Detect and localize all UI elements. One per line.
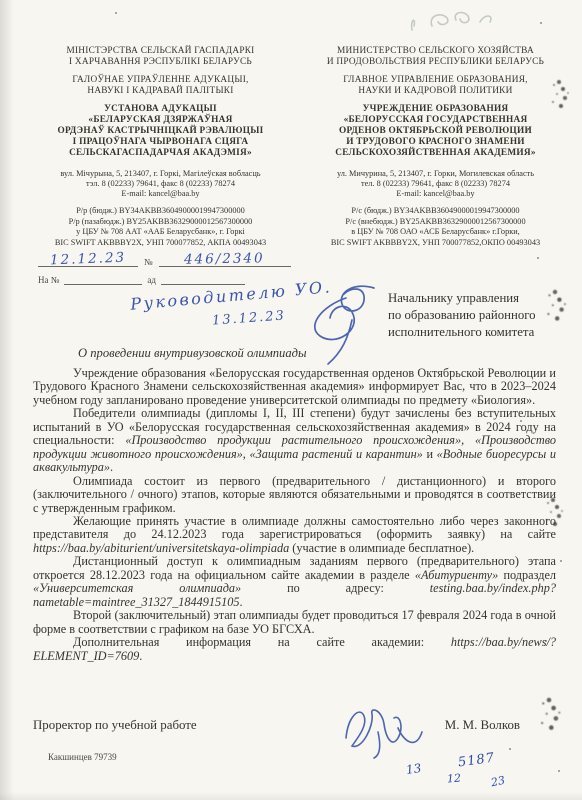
official-signature-icon xyxy=(338,698,428,760)
text-line: BIC SWIFT AKBBBY2X, УНП 700077852, АКПА … xyxy=(30,238,291,249)
text-line: ОРДЭНАЎ КАСТРЫЧНІЦКАЙ РЭВАЛЮЦЫІ xyxy=(30,126,291,137)
text-line: E-mail: kancel@baa.by xyxy=(305,189,566,199)
text-line: І ХАРЧАВАННЯ РЭСПУБЛІКІ БЕЛАРУСЬ xyxy=(30,57,291,68)
letter-body: Учреждение образования «Белорусская госу… xyxy=(33,367,556,663)
text-line: исполнительного комитета xyxy=(388,324,560,341)
scan-smudge xyxy=(553,290,557,294)
resolution-signature-icon xyxy=(302,280,398,368)
text-line: УЧРЕЖДЕНИЕ ОБРАЗОВАНИЯ xyxy=(305,104,566,115)
dust-speck xyxy=(527,128,529,130)
department-name: ГЛАВНОЕ УПРАВЛЕНИЕ ОБРАЗОВАНИЯ,НАУКИ И К… xyxy=(305,75,566,97)
body-paragraph: Дистанционный доступ к олимпиадным задан… xyxy=(33,555,556,609)
letterhead: МІНІСТЭРСТВА СЕЛЬСКАЙ ГАСПАДАРКІІ ХАРЧАВ… xyxy=(30,46,566,255)
text-line: тэл. 8 (02233) 79641, факс 8 (02233) 782… xyxy=(30,179,291,189)
institution-name: УЧРЕЖДЕНИЕ ОБРАЗОВАНИЯ«БЕЛОРУССКАЯ ГОСУД… xyxy=(305,104,566,159)
text-line: УСТАНОВА АДУКАЦЫІ xyxy=(30,104,291,115)
italic-text-run: «Университетская олимпиада» xyxy=(33,581,241,595)
handwritten-registration-number: 5187 xyxy=(457,750,496,770)
text-line: E-mail: kancel@baa.by xyxy=(30,189,291,199)
address-block: ул. Мичурина, 5, 213407, г. Горки, Могил… xyxy=(305,169,566,199)
text-line: Р/р (бюдж.) BY34AKBB36049000019947300000 xyxy=(30,206,291,217)
bank-details: Р/с (бюдж.) BY34AKBB36049000019947300000… xyxy=(305,206,566,248)
handwritten-outgoing-number: 446/2340 xyxy=(184,250,265,267)
italic-text-run: «Абитуриенту» xyxy=(415,568,498,582)
text-line: СЕЛЬСКОХОЗЯЙСТВЕННАЯ АКАДЕМИЯ» xyxy=(305,148,566,159)
text-line: по образованию районного xyxy=(388,307,560,324)
text-run: (участие в олимпиаде бесплатное). xyxy=(289,541,474,555)
institution-name: УСТАНОВА АДУКАЦЫІ«БЕЛАРУСКАЯ ДЗЯРЖАЎНАЯО… xyxy=(30,104,291,159)
handwritten-registration-number: 12 xyxy=(447,772,462,786)
text-run: . xyxy=(139,649,142,663)
scan-bottom-shadow xyxy=(0,792,582,800)
text-line: «БЕЛОРУССКАЯ ГОСУДАРСТВЕННАЯ xyxy=(305,115,566,126)
text-run: Желающие принять участие в олимпиаде дол… xyxy=(33,514,556,541)
dust-speck xyxy=(115,12,117,14)
text-run: Второй (заключительный) этап олимпиады б… xyxy=(33,608,556,635)
scanned-letter-page: МІНІСТЭРСТВА СЕЛЬСКАЙ ГАСПАДАРКІІ ХАРЧАВ… xyxy=(0,0,582,800)
subject-line: О проведении внутривузовской олимпиады xyxy=(78,346,307,361)
dust-speck xyxy=(520,420,522,422)
handwritten-registration-number: 23 xyxy=(490,774,506,790)
text-run: по адресу: xyxy=(241,581,430,595)
dust-speck xyxy=(537,257,539,259)
dust-speck xyxy=(509,748,511,750)
text-line: «БЕЛАРУСКАЯ ДЗЯРЖАЎНАЯ xyxy=(30,115,291,126)
ministry-name: МІНІСТЭРСТВА СЕЛЬСКАЙ ГАСПАДАРКІІ ХАРЧАВ… xyxy=(30,46,291,68)
handwritten-registration-number: 13 xyxy=(405,761,422,777)
text-line: вул. Мічурына, 5, 213407, г. Горкі, Магі… xyxy=(30,169,291,179)
resolution-and-recipient-zone: Руководителю УО. 13.12.23 Начальнику упр… xyxy=(0,284,582,348)
text-run: подраздел xyxy=(498,568,556,582)
signer-position: Проректор по учебной работе xyxy=(33,718,197,733)
text-line: И ТРУДОВОГО КРАСНОГО ЗНАМЕНИ xyxy=(305,137,566,148)
text-line: МІНІСТЭРСТВА СЕЛЬСКАЙ ГАСПАДАРКІ xyxy=(30,46,291,57)
department-name: ГАЛОЎНАЕ УПРАЎЛЕННЕ АДУКАЦЫІ,НАВУКІ І КА… xyxy=(30,75,291,97)
text-line: Р/с (внебюдж.) BY25AKBB36329000012567300… xyxy=(305,217,566,228)
signoff-row: Проректор по учебной работе М. М. Волков xyxy=(33,718,520,733)
text-line: И ПРОДОВОЛЬСТВИЯ РЕСПУБЛИКИ БЕЛАРУСЬ xyxy=(305,57,566,68)
text-line: у ЦБУ № 708 ААТ «ААБ Беларусбанк», г. Го… xyxy=(30,227,291,238)
text-line: BIC SWIFT AKBBBY2X, УНП 700077852,ОКПО 0… xyxy=(305,238,566,249)
dust-speck xyxy=(545,640,547,642)
scan-smudge xyxy=(547,698,552,703)
scan-smudge xyxy=(557,80,561,84)
text-line: Р/р (пазабюдж.) BY25AKBB3632900001256730… xyxy=(30,217,291,228)
text-run: Учреждение образования «Белорусская госу… xyxy=(33,366,556,407)
text-line: ГЛАВНОЕ УПРАВЛЕНИЕ ОБРАЗОВАНИЯ, xyxy=(305,75,566,86)
body-paragraph: Победители олимпиады (дипломы I, II, III… xyxy=(33,407,556,474)
letterhead-right-russian: МИНИСТЕРСТВО СЕЛЬСКОГО ХОЗЯЙСТВАИ ПРОДОВ… xyxy=(305,46,566,255)
date-blank: 12.12.23 xyxy=(38,251,138,267)
text-line: Начальнику управления xyxy=(388,290,560,307)
text-run: . xyxy=(110,460,113,474)
dust-speck xyxy=(540,22,542,24)
text-run: и xyxy=(423,447,437,461)
text-run: Дополнительная информация на сайте акаде… xyxy=(73,635,451,649)
outgoing-number-line: 12.12.23 № 446/2340 xyxy=(38,251,318,267)
body-paragraph: Дополнительная информация на сайте акаде… xyxy=(33,636,556,663)
handwritten-date: 12.12.23 xyxy=(50,250,127,269)
number-sign-label: № xyxy=(144,257,153,267)
scan-edge-shadow xyxy=(0,0,14,800)
letterhead-left-belarusian: МІНІСТЭРСТВА СЕЛЬСКАЙ ГАСПАДАРКІІ ХАРЧАВ… xyxy=(30,46,291,255)
recipient-block: Начальнику управленияпо образованию райо… xyxy=(388,290,560,341)
ministry-name: МИНИСТЕРСТВО СЕЛЬСКОГО ХОЗЯЙСТВАИ ПРОДОВ… xyxy=(305,46,566,68)
dust-speck xyxy=(558,770,560,772)
body-paragraph: Олимпиада состоит из первого (предварите… xyxy=(33,475,556,515)
executor-note: Какшинцев 79739 xyxy=(48,752,117,762)
handwritten-resolution-date: 13.12.23 xyxy=(212,308,287,328)
text-line: МИНИСТЕРСТВО СЕЛЬСКОГО ХОЗЯЙСТВА xyxy=(305,46,566,57)
text-line: І ПРАЦОЎНАГА ЧЫРВОНАГА СЦЯГА xyxy=(30,137,291,148)
text-line: ул. Мичурина, 5, 213407, г. Горки, Могил… xyxy=(305,169,566,179)
signer-name: М. М. Волков xyxy=(445,718,520,733)
text-line: Р/с (бюдж.) BY34AKBB36049000019947300000 xyxy=(305,206,566,217)
italic-text-run: https://baa.by/abiturient/universitetska… xyxy=(33,541,289,555)
dust-speck xyxy=(560,560,562,562)
text-line: НАВУКІ І КАДРАВАЙ ПАЛІТЫКІ xyxy=(30,86,291,97)
text-run: . xyxy=(240,595,243,609)
body-paragraph: Второй (заключительный) этап олимпиады б… xyxy=(33,609,556,636)
text-line: в ЦБУ № 708 ОАО «АСБ Беларусбанк» г.Горк… xyxy=(305,227,566,238)
text-line: СЕЛЬСКАГАСПАДАРЧАЯ АКАДЭМІЯ» xyxy=(30,148,291,159)
address-block: вул. Мічурына, 5, 213407, г. Горкі, Магі… xyxy=(30,169,291,199)
text-line: тел. 8 (02233) 79641, факс 8 (02233) 782… xyxy=(305,179,566,189)
bank-details: Р/р (бюдж.) BY34AKBB36049000019947300000… xyxy=(30,206,291,248)
body-paragraph: Учреждение образования «Белорусская госу… xyxy=(33,367,556,407)
reference-block: 12.12.23 № 446/2340 На № ад xyxy=(38,251,318,285)
pencil-scribble-icon xyxy=(398,8,528,40)
scan-smudge xyxy=(551,498,555,502)
body-paragraph: Желающие принять участие в олимпиаде дол… xyxy=(33,515,556,555)
text-run: Олимпиада состоит из первого (предварите… xyxy=(33,474,556,515)
text-line: ГАЛОЎНАЕ УПРАЎЛЕННЕ АДУКАЦЫІ, xyxy=(30,75,291,86)
number-blank: 446/2340 xyxy=(159,251,291,267)
text-line: НАУКИ И КАДРОВОЙ ПОЛИТИКИ xyxy=(305,86,566,97)
